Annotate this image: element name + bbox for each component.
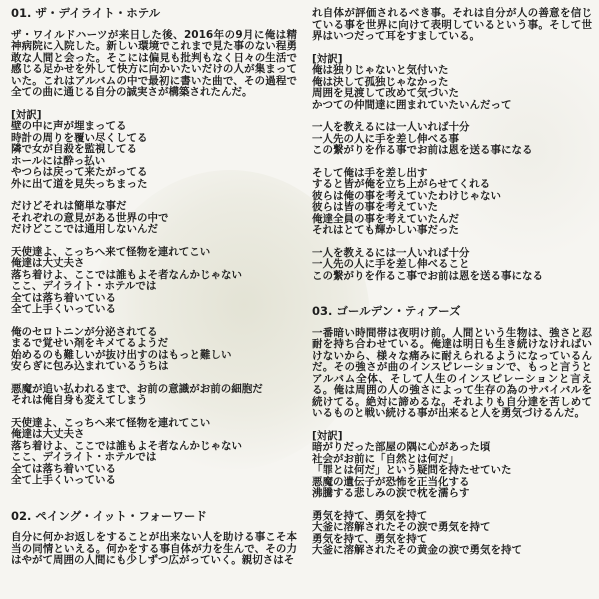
track-01-verse-2: だけどそれは簡単な事だ それぞれの意見がある世界の中で だけどここでは通用しない… <box>11 201 297 236</box>
track-02-title: 02. ペイング・イット・フォーワード <box>11 511 297 523</box>
track-03-title: 03. ゴールデン・ティアーズ <box>312 306 592 318</box>
track-01-chorus-1: 天使達よ、こっちへ来て怪物を連れてこい 俺達は大丈夫さ 落ち着けよ、ここでは誰も… <box>11 247 297 316</box>
liner-notes-page: 01. ザ・デイライト・ホテルザ・ワイルドハーツが来日した後、2016年の9月に… <box>0 0 599 599</box>
track-02-chorus-2: 一人を教えるには一人いれば十分 一人先の人に手を差し伸べること この繋がりを作る… <box>312 248 592 283</box>
track-01-title: 01. ザ・デイライト・ホテル <box>11 8 297 20</box>
track-01-verse-4: 悪魔が追い払われるまで、お前の意識がお前の細胞だ それは俺自身も変えてしまう <box>11 384 297 407</box>
left-text-column: 01. ザ・デイライト・ホテルザ・ワイルドハーツが来日した後、2016年の9月に… <box>11 8 297 567</box>
track-01-verse-1: 壁の中に声が埋まってる 時計の周りを覆い尽くしてる 隣で女が自殺を監視してる ホ… <box>11 121 297 190</box>
track-02-verse-2: そして俺は手を差し出す すると皆が俺を立ち上がらせてくれる 彼らは俺の事を考えて… <box>312 168 592 237</box>
track-02-commentary-part2: れ自体が評価されるべき事。それは自分が人の善意を信じている事を世界に向けて表明し… <box>312 8 592 43</box>
track-01-verse-3: 俺のセロトニンが分泌されてる まるで覚せい剤をキメてるようだ 始めるのも難しいが… <box>11 327 297 373</box>
track-02-verse-1: 俺は独りじゃないと気付いた 俺は決して孤独じゃなかった 周囲を見渡して改めて気づ… <box>312 65 592 111</box>
track-03-commentary: 一番暗い時間帯は夜明け前。人間という生物は、強さと忍耐を持ち合わせている。俺達は… <box>312 328 592 420</box>
track-01-commentary: ザ・ワイルドハーツが来日した後、2016年の9月に俺は精神病院に入院した。新しい… <box>11 30 297 99</box>
track-02-chorus-1: 一人を教えるには一人いれば十分 一人先の人に手を差し伸べる事 この繋がりを作る事… <box>312 122 592 157</box>
track-01-chorus-2: 天使達よ、こっちへ来て怪物を連れてこい 俺達は大丈夫さ 落ち着けよ、ここでは誰も… <box>11 418 297 487</box>
track-03-verse-1: 暗がりだった部屋の隅に心があった頃 社会がお前に「自然とは何だ」 「罪とは何だ」… <box>312 442 592 500</box>
right-text-column: れ自体が評価されるべき事。それは自分が人の善意を信じている事を世界に向けて表明し… <box>312 8 592 557</box>
track-03-chorus-1: 勇気を持て、勇気を持て 大釜に溶解されたその涙で勇気を持て 勇気を持て、勇気を持… <box>312 511 592 557</box>
track-02-commentary-part1: 自分に何かお返しをすることが出来ない人を助ける事こそ本当の同情といえる。何かをす… <box>11 532 297 567</box>
